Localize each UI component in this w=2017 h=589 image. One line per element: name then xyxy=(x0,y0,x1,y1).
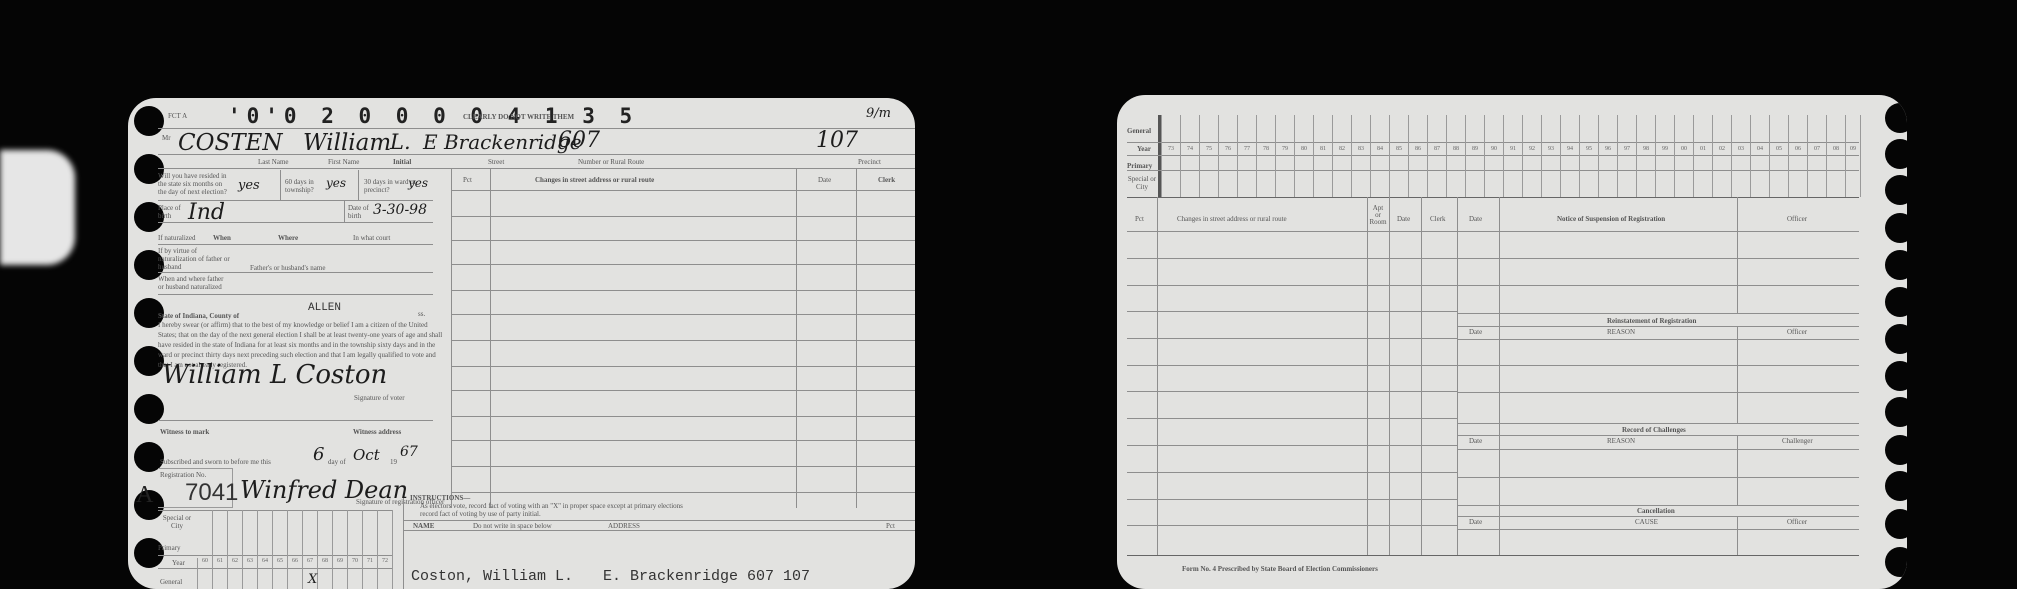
typed-index-address: E. Brackenridge 607 107 xyxy=(603,568,810,585)
header-date: Date xyxy=(818,176,831,184)
year-cell: 84 xyxy=(1377,146,1383,152)
year-cell: 69 xyxy=(337,558,343,564)
date-of-birth-value: 3-30-98 xyxy=(373,202,427,218)
year-cell: 73 xyxy=(1168,146,1174,152)
year-cell: 01 xyxy=(1700,146,1706,152)
year-cell: 83 xyxy=(1358,146,1364,152)
naturalized-where-label: Where xyxy=(278,234,298,242)
year-cell: 08 xyxy=(1833,146,1839,152)
state-residency-answer: yes xyxy=(238,178,260,193)
label-street: Street xyxy=(488,158,504,166)
subscribed-day-of: day of xyxy=(328,458,346,466)
cancellation-title: Cancellation xyxy=(1637,507,1675,515)
year-cell: 95 xyxy=(1586,146,1592,152)
naturalized-label: If naturalized xyxy=(158,234,196,242)
subscribed-year: 67 xyxy=(400,444,418,460)
reinstatement-header-reason: REASON xyxy=(1607,328,1635,336)
stamp-number: '0'0 2 0 0 0 0 4 1 3 5 xyxy=(228,104,638,128)
punch-hole xyxy=(1885,139,1907,169)
oath-state-line: State of Indiana, County of xyxy=(158,312,239,320)
voter-signature: William L Coston xyxy=(162,360,387,390)
year-cell: 09 xyxy=(1850,146,1856,152)
year-cell: 79 xyxy=(1282,146,1288,152)
back-grid-label-general: General xyxy=(1127,127,1151,135)
punch-hole xyxy=(1885,250,1907,280)
year-cell: 90 xyxy=(1491,146,1497,152)
punch-hole xyxy=(1885,471,1907,501)
punch-hole xyxy=(1885,435,1907,465)
registration-number: 7041 xyxy=(185,479,238,507)
salutation: Mr xyxy=(162,134,171,142)
father-when-where-label: When and where father or husband natural… xyxy=(158,275,228,291)
year-cell: 96 xyxy=(1605,146,1611,152)
year-cell: 98 xyxy=(1643,146,1649,152)
reinstatement-header-officer: Officer xyxy=(1787,328,1807,336)
punch-hole xyxy=(1885,287,1907,317)
year-cell: 06 xyxy=(1795,146,1801,152)
witness-address-label: Witness address xyxy=(353,428,401,436)
punch-hole xyxy=(1885,103,1907,133)
year-cell: 64 xyxy=(262,558,268,564)
label-initial: Initial xyxy=(393,158,411,166)
year-cell: 03 xyxy=(1738,146,1744,152)
label-last-name: Last Name xyxy=(258,158,289,166)
year-cell: 85 xyxy=(1396,146,1402,152)
year-cell: 86 xyxy=(1415,146,1421,152)
instructions-line1: As electors vote, record fact of voting … xyxy=(420,502,683,510)
naturalized-court-label: In what court xyxy=(353,234,390,242)
year-cell: 65 xyxy=(277,558,283,564)
punch-hole xyxy=(1885,324,1907,354)
year-cell: 60 xyxy=(202,558,208,564)
year-cell: 00 xyxy=(1681,146,1687,152)
year-cell: 93 xyxy=(1548,146,1554,152)
year-cell: 82 xyxy=(1339,146,1345,152)
initial-value: L. xyxy=(390,130,411,154)
registration-label: Registration No. xyxy=(160,471,206,479)
year-cell: 72 xyxy=(382,558,388,564)
year-cell: 62 xyxy=(232,558,238,564)
index-header-address: ADDRESS xyxy=(608,522,640,530)
registration-card-front: FCT A '0'0 2 0 0 0 0 4 1 3 5 CLEARLY DO … xyxy=(128,98,915,589)
township-question: 60 days in township? xyxy=(285,178,327,194)
year-cell: 04 xyxy=(1757,146,1763,152)
punch-hole xyxy=(1885,509,1907,539)
back-grid-label-special: Special or City xyxy=(1127,175,1157,191)
year-cell: 71 xyxy=(367,558,373,564)
date-of-birth-label: Date of birth xyxy=(348,204,374,220)
year-cell: 99 xyxy=(1662,146,1668,152)
year-cell: 77 xyxy=(1244,146,1250,152)
header-instruction: CLEARLY DO NOT WRITE THEM xyxy=(463,113,574,121)
scan-artifact xyxy=(0,150,75,265)
back-header-apt: Apt or Room xyxy=(1369,205,1387,226)
challenges-title: Record of Challenges xyxy=(1622,426,1686,434)
subscribed-text: Subscribed and sworn to before me this xyxy=(160,458,271,466)
header-clerk: Clerk xyxy=(878,176,895,184)
back-header-date: Date xyxy=(1397,215,1410,223)
punch-hole xyxy=(1885,175,1907,205)
state-residency-question: Will you have resided in the state six m… xyxy=(158,172,230,196)
grid-label-special: Special or City xyxy=(158,514,196,530)
year-cell: 92 xyxy=(1529,146,1535,152)
year-cell: 76 xyxy=(1225,146,1231,152)
grid-label-primary: Primary xyxy=(158,544,181,552)
subscribed-month: Oct xyxy=(353,446,380,464)
back-grid-label-primary: Primary xyxy=(1127,162,1152,170)
back-header-clerk: Clerk xyxy=(1430,215,1446,223)
back-header-changes: Changes in street address or rural route xyxy=(1177,215,1287,223)
reinstatement-header-date: Date xyxy=(1469,328,1482,336)
cancellation-header-cause: CAUSE xyxy=(1635,518,1658,526)
punch-hole xyxy=(1885,361,1907,391)
index-header-note: Do not write in space below xyxy=(473,522,552,530)
year-cell: 67 xyxy=(307,558,313,564)
year-cell: 68 xyxy=(322,558,328,564)
top-left-marks: FCT A xyxy=(168,112,187,120)
year-cell: 94 xyxy=(1567,146,1573,152)
back-header-pct: Pct xyxy=(1135,215,1144,223)
form-footer: Form No. 4 Prescribed by State Board of … xyxy=(1182,565,1378,573)
voter-signature-label: Signature of voter xyxy=(354,394,405,402)
suspension-header-officer: Officer xyxy=(1787,215,1807,223)
label-number: Number or Rural Route xyxy=(578,158,644,166)
challenges-header-date: Date xyxy=(1469,437,1482,445)
general-vote-mark: X xyxy=(308,572,317,587)
challenges-header-challenger: Challenger xyxy=(1782,437,1813,445)
side-letter: A xyxy=(136,482,153,509)
subscribed-year-prefix: 19 xyxy=(390,458,397,466)
year-cell: 63 xyxy=(247,558,253,564)
number-value: 607 xyxy=(558,128,600,153)
year-cell: 88 xyxy=(1453,146,1459,152)
county-value: ALLEN xyxy=(308,302,341,314)
punch-hole xyxy=(1885,213,1907,243)
year-cell: 78 xyxy=(1263,146,1269,152)
father-virtue-label: If by virtue of naturalization of father… xyxy=(158,247,230,271)
front-year-grid: 60 61 62 63 64 65 66 67 68 69 70 71 72 xyxy=(197,510,393,589)
back-grid-label-year: Year xyxy=(1137,145,1151,153)
header-changes: Changes in street address or rural route xyxy=(535,176,654,184)
index-header-name: NAME xyxy=(413,522,434,530)
top-right-mark: 9/m xyxy=(866,106,891,121)
label-precinct: Precinct xyxy=(858,158,881,166)
year-cell: 05 xyxy=(1776,146,1782,152)
grid-label-year: Year xyxy=(172,559,185,567)
witness-label: Witness to mark xyxy=(160,428,209,436)
year-cell: 70 xyxy=(352,558,358,564)
punch-hole xyxy=(134,538,164,568)
naturalized-when-label: When xyxy=(213,234,231,242)
year-cell: 97 xyxy=(1624,146,1630,152)
label-first-name: First Name xyxy=(328,158,359,166)
ward-answer: yes xyxy=(408,176,428,190)
father-name-label: Father's or husband's name xyxy=(250,264,325,272)
precinct-value: 107 xyxy=(816,128,858,153)
year-cell: 07 xyxy=(1814,146,1820,152)
township-answer: yes xyxy=(326,176,346,190)
year-cell: 81 xyxy=(1320,146,1326,152)
first-name-value: William xyxy=(303,130,391,156)
header-pct: Pct xyxy=(463,176,472,184)
typed-index-name: Coston, William L. xyxy=(411,568,573,585)
cancellation-header-date: Date xyxy=(1469,518,1482,526)
index-header-pct: Pct xyxy=(886,522,895,530)
back-year-grid: 73 74 75 76 77 78 79 80 81 82 83 84 85 8… xyxy=(1161,115,1861,197)
suspension-header-date: Date xyxy=(1469,215,1482,223)
instructions-line2: record fact of voting by use of party in… xyxy=(420,510,541,518)
punch-hole xyxy=(134,106,164,136)
year-cell: 89 xyxy=(1472,146,1478,152)
oath-ss: ss. xyxy=(418,310,425,318)
year-cell: 75 xyxy=(1206,146,1212,152)
punch-hole xyxy=(1885,547,1907,577)
year-cell: 66 xyxy=(292,558,298,564)
year-cell: 02 xyxy=(1719,146,1725,152)
punch-hole xyxy=(1885,397,1907,427)
last-name-value: COSTEN xyxy=(178,130,282,156)
place-of-birth-label: Place of birth xyxy=(158,204,188,220)
suspension-header-title: Notice of Suspension of Registration xyxy=(1557,215,1665,223)
reinstatement-title: Reinstatement of Registration xyxy=(1607,317,1696,325)
grid-label-general: General xyxy=(160,578,182,586)
cancellation-header-officer: Officer xyxy=(1787,518,1807,526)
year-cell: 91 xyxy=(1510,146,1516,152)
challenges-header-reason: REASON xyxy=(1607,437,1635,445)
instructions-title: INSTRUCTIONS— xyxy=(410,494,470,502)
year-cell: 80 xyxy=(1301,146,1307,152)
registration-card-back: General Year Primary Special or City 73 … xyxy=(1117,95,1907,589)
subscribed-day: 6 xyxy=(313,444,324,465)
year-cell: 74 xyxy=(1187,146,1193,152)
year-cell: 87 xyxy=(1434,146,1440,152)
year-cell: 61 xyxy=(217,558,223,564)
